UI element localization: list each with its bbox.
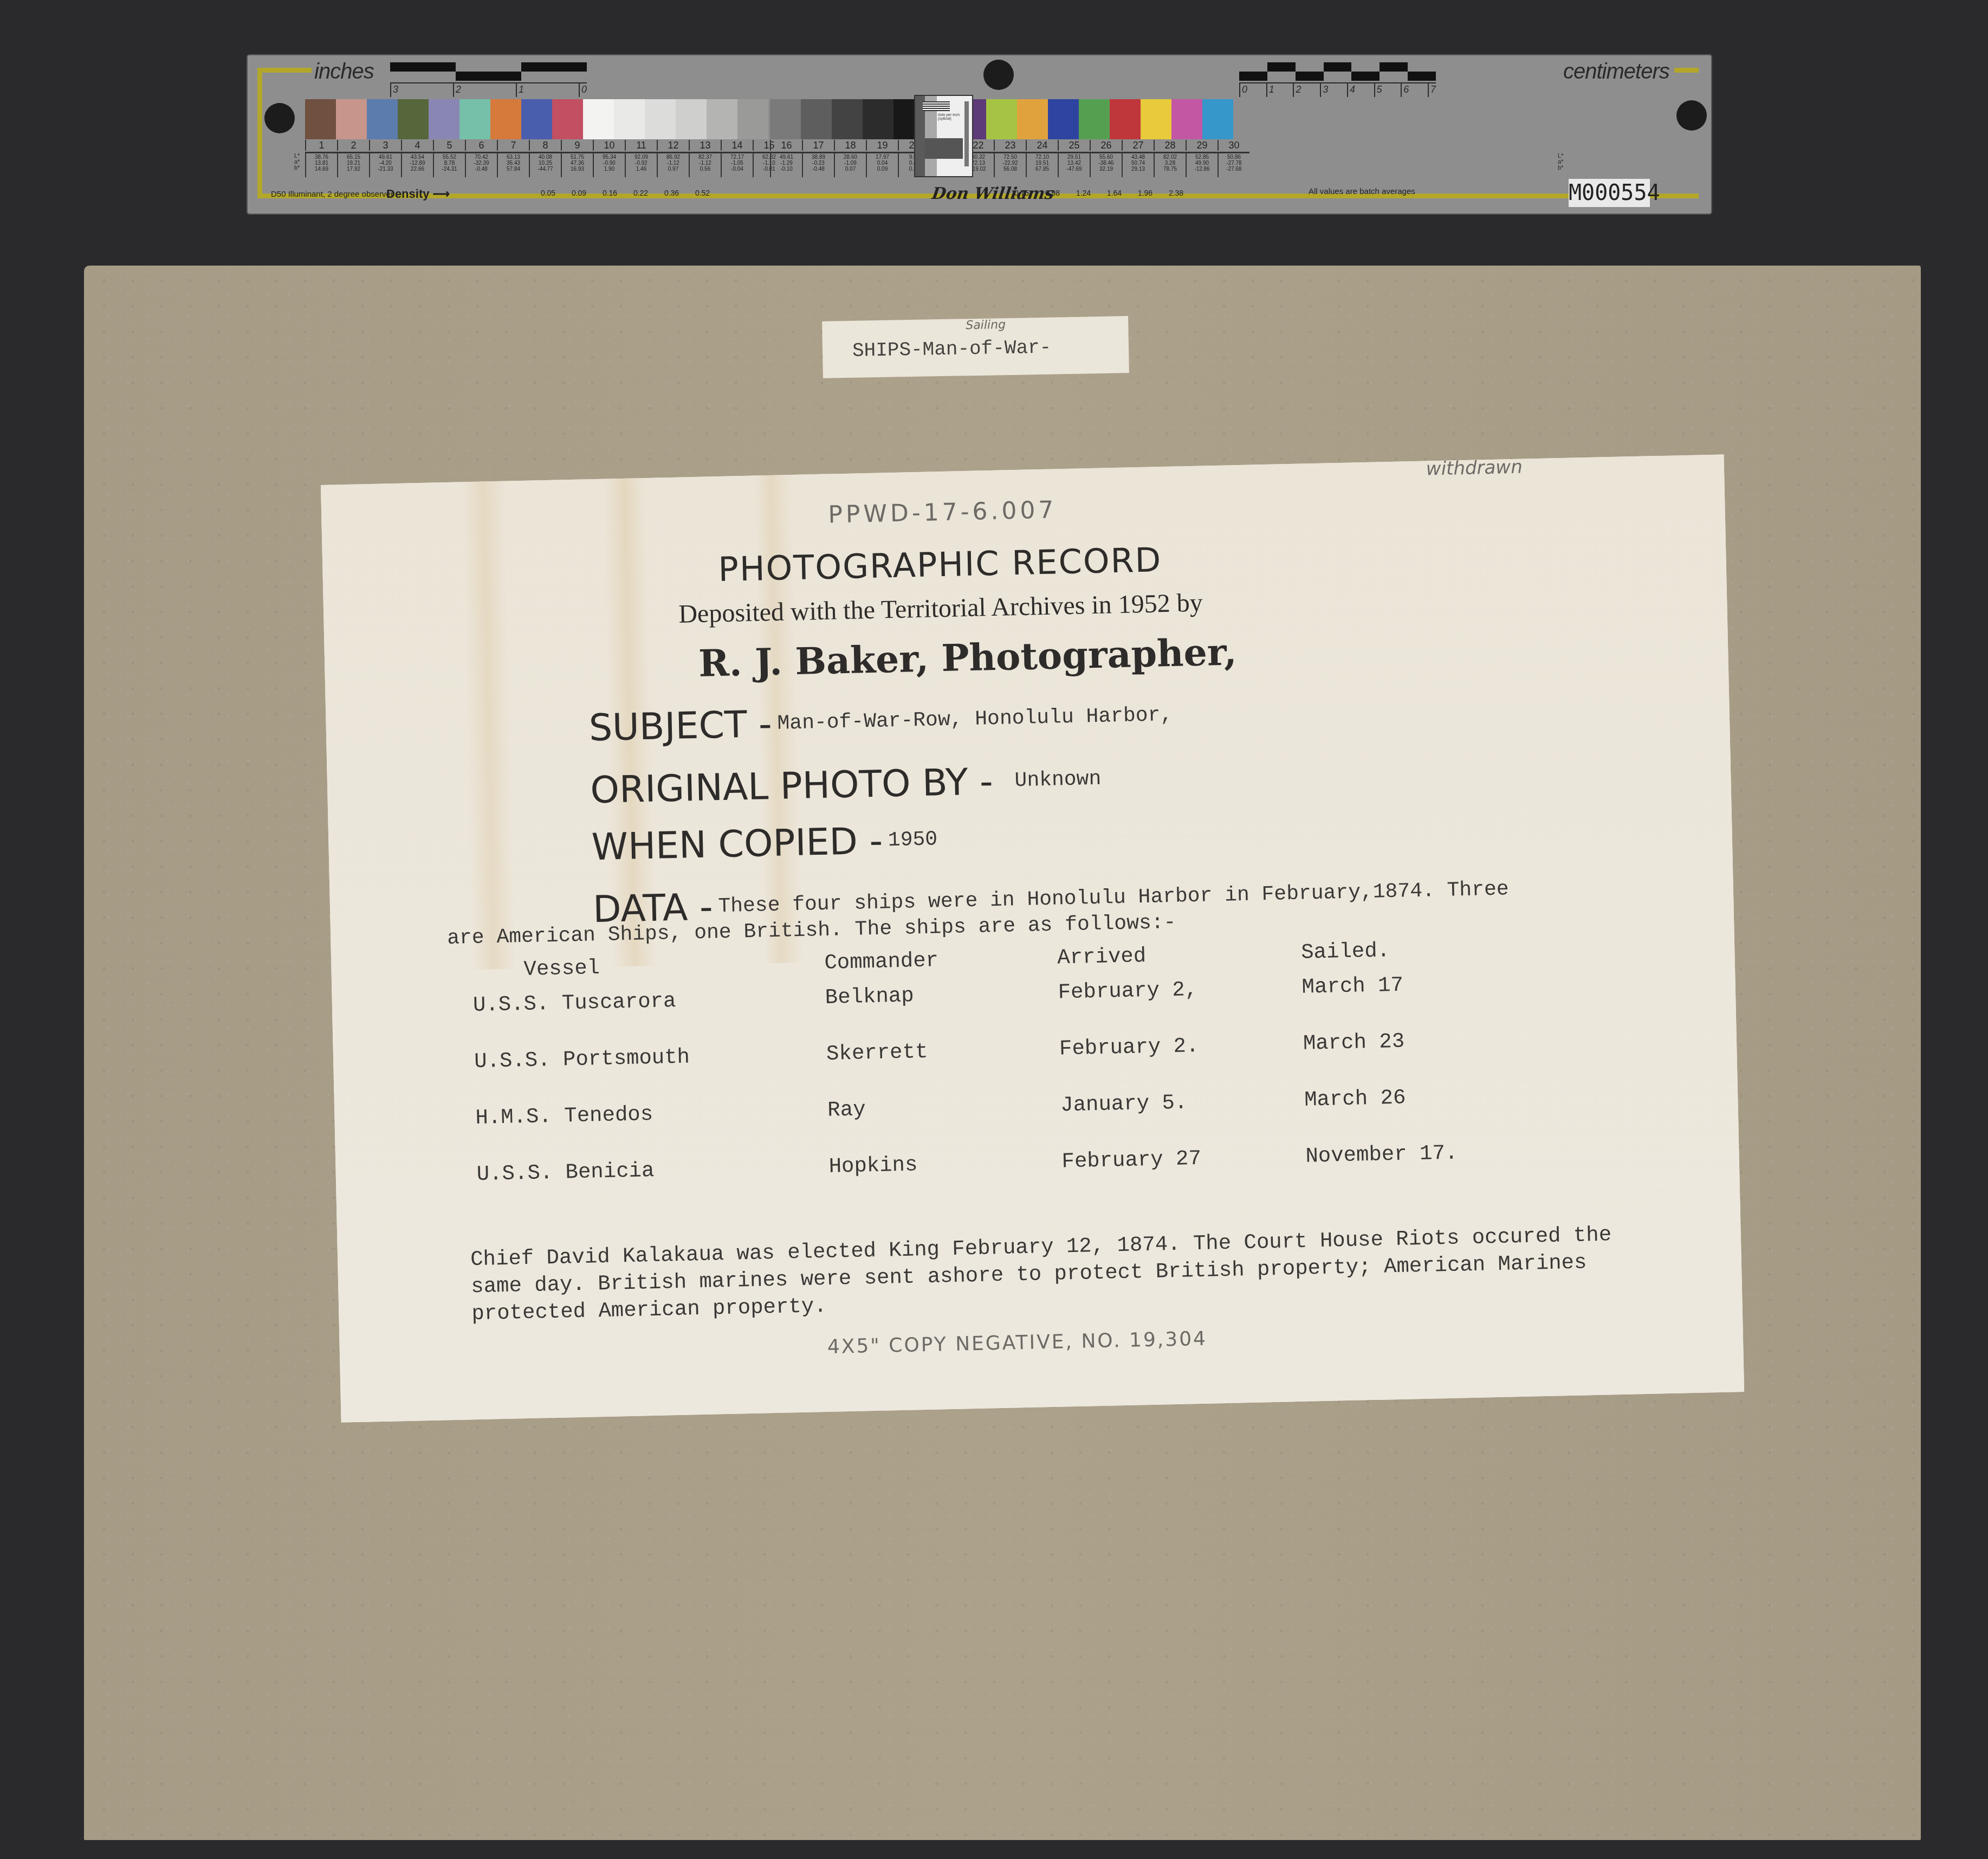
lab-values-left: 38.7613.8114.6965.1519.2117.9249.61-4.20… bbox=[305, 152, 785, 177]
patch-number: 9 bbox=[561, 140, 593, 151]
patch-lab-values: 72.50-22.9256.08 bbox=[994, 153, 1026, 177]
ruler-hole-icon bbox=[264, 103, 295, 133]
color-patch bbox=[645, 99, 676, 139]
table-cell: March 23 bbox=[1303, 1029, 1456, 1088]
density-values-right: 0.750.981.241.641.962.38 bbox=[1006, 189, 1191, 197]
color-patch bbox=[1110, 99, 1141, 139]
table-cell: Skerrett bbox=[826, 1037, 1060, 1099]
density-value: 0.22 bbox=[625, 189, 656, 197]
color-patch bbox=[676, 99, 707, 139]
original-photo-field: ORIGINAL PHOTO BY -Unknown bbox=[590, 758, 1102, 812]
patch-number: 7 bbox=[497, 140, 529, 151]
photographic-record-card: PPWD-17-6.007 withdrawn PHOTOGRAPHIC REC… bbox=[321, 454, 1744, 1422]
patch-lab-values: 72.1019.5167.85 bbox=[1026, 153, 1058, 177]
subject-heading: SHIPS-Man-of-War- bbox=[852, 337, 1052, 362]
table-cell: Ray bbox=[827, 1093, 1061, 1154]
color-patch bbox=[770, 99, 801, 139]
arrow-right-icon: ⟶ bbox=[433, 187, 450, 201]
inch-tick: 3 bbox=[390, 83, 453, 97]
color-patch bbox=[1141, 99, 1171, 139]
ruler-yellow-border bbox=[257, 68, 262, 198]
photographer-name: R. J. Baker, Photographer, bbox=[698, 630, 1237, 686]
subject-value: Man-of-War-Row, Honolulu Harbor, bbox=[777, 703, 1173, 735]
color-patch bbox=[552, 99, 583, 139]
patch-lab-values: 63.1335.4357.84 bbox=[497, 153, 529, 177]
cm-scale-bar bbox=[1239, 62, 1436, 81]
color-patch bbox=[583, 99, 614, 139]
cm-tick: 2 bbox=[1293, 83, 1320, 97]
patch-lab-values: 82.023.2878.75 bbox=[1154, 153, 1186, 177]
history-paragraph: Chief David Kalakaua was elected King Fe… bbox=[470, 1220, 1664, 1327]
inch-ticks: 3210 bbox=[390, 82, 587, 97]
cm-ticks: 01234567 bbox=[1239, 82, 1436, 97]
color-patch bbox=[707, 99, 737, 139]
patch-number: 28 bbox=[1154, 140, 1186, 151]
density-value: 0.98 bbox=[1037, 189, 1068, 197]
patch-lab-values: 38.7613.8114.69 bbox=[305, 153, 337, 177]
patch-number: 18 bbox=[834, 140, 866, 151]
density-label: Density ⟶ bbox=[386, 187, 450, 201]
cm-tick: 0 bbox=[1239, 83, 1266, 97]
patch-lab-values: 43.4850.7429.13 bbox=[1122, 153, 1154, 177]
density-value: 0.05 bbox=[533, 189, 564, 197]
color-target-ruler: inches centimeters 3210 01234567 1234567… bbox=[247, 54, 1712, 215]
color-patch bbox=[737, 99, 768, 139]
table-cell: January 5. bbox=[1060, 1088, 1305, 1150]
patch-lab-values: 51.7547.3616.93 bbox=[561, 153, 593, 177]
when-copied-value: 1950 bbox=[888, 828, 937, 852]
inch-tick: 2 bbox=[453, 83, 516, 97]
table-cell: March 17 bbox=[1301, 972, 1455, 1032]
patch-number: 6 bbox=[465, 140, 497, 151]
patch-lab-values: 40.0810.25-44.77 bbox=[529, 153, 561, 177]
density-value: 0.52 bbox=[687, 189, 718, 197]
color-patch bbox=[305, 99, 336, 139]
ruler-hole-icon bbox=[1676, 100, 1707, 131]
patch-lab-values: 86.92-1.120.97 bbox=[657, 153, 689, 177]
patch-number: 23 bbox=[994, 140, 1026, 151]
color-patches-left bbox=[305, 99, 768, 139]
lab-values-right: 49.61-1.29-0.1038.89-0.23-0.4828.60-1.09… bbox=[770, 152, 1249, 177]
patch-lab-values: 38.89-0.23-0.48 bbox=[802, 153, 834, 177]
color-patch bbox=[336, 99, 367, 139]
patch-lab-values: 55.60-38.4632.19 bbox=[1090, 153, 1122, 177]
patch-number: 19 bbox=[866, 140, 898, 151]
table-cell: U.S.S. Portsmouth bbox=[474, 1042, 827, 1106]
patch-lab-values: 82.37-1.120.56 bbox=[689, 153, 721, 177]
subject-field: SUBJECT -Man-of-War-Row, Honolulu Harbor… bbox=[588, 694, 1173, 750]
illuminant-note: D50 Illuminant, 2 degree observer bbox=[271, 190, 393, 199]
patch-number: 10 bbox=[593, 140, 625, 151]
lab-axis-label: L*a*b* bbox=[294, 153, 300, 171]
original-photo-value: Unknown bbox=[1014, 767, 1102, 792]
patch-lab-values: 49.61-1.29-0.10 bbox=[770, 153, 802, 177]
cm-tick: 5 bbox=[1374, 83, 1401, 97]
column-header: Arrived bbox=[1057, 941, 1301, 981]
color-patches-right bbox=[770, 99, 1233, 139]
ships-table: VesselCommanderArrivedSailed. U.S.S. Tus… bbox=[472, 938, 1459, 1219]
table-cell: Hopkins bbox=[828, 1150, 1063, 1211]
table-cell: H.M.S. Tenedos bbox=[475, 1099, 828, 1163]
table-cell: November 17. bbox=[1305, 1141, 1459, 1201]
color-patch bbox=[1171, 99, 1202, 139]
subject-label-strip: Sailing SHIPS-Man-of-War- bbox=[822, 316, 1129, 378]
patch-number: 17 bbox=[802, 140, 834, 151]
patch-number: 11 bbox=[625, 140, 657, 151]
table-cell: February 2, bbox=[1058, 976, 1303, 1037]
patch-number: 29 bbox=[1186, 140, 1218, 151]
patch-lab-values: 29.5113.42-47.69 bbox=[1058, 153, 1090, 177]
color-patch bbox=[398, 99, 429, 139]
patch-number: 5 bbox=[433, 140, 465, 151]
density-value: 1.24 bbox=[1068, 189, 1099, 197]
table-cell: Belknap bbox=[825, 981, 1059, 1042]
density-value: 0.36 bbox=[656, 189, 687, 197]
inches-label: inches bbox=[314, 60, 374, 84]
patch-number: 8 bbox=[529, 140, 561, 151]
color-patch bbox=[1048, 99, 1079, 139]
density-value: 1.96 bbox=[1130, 189, 1161, 197]
density-values-left: 0.050.090.160.220.360.52 bbox=[533, 189, 718, 197]
patch-number: 25 bbox=[1058, 140, 1090, 151]
patch-number: 26 bbox=[1090, 140, 1122, 151]
patch-number: 13 bbox=[689, 140, 721, 151]
table-cell: U.S.S. Benicia bbox=[476, 1155, 830, 1219]
handwritten-annotation: Sailing bbox=[966, 318, 1006, 332]
color-patch bbox=[521, 99, 552, 139]
color-patch bbox=[863, 99, 893, 139]
patch-lab-values: 95.34-0.901.90 bbox=[593, 153, 625, 177]
patch-lab-values: 70.42-32.39-0.48 bbox=[465, 153, 497, 177]
inch-scale-bar bbox=[390, 62, 587, 81]
table-cell: March 26 bbox=[1304, 1085, 1458, 1145]
patch-lab-values: 72.17-1.05-0.04 bbox=[721, 153, 753, 177]
density-value: 2.38 bbox=[1161, 189, 1191, 197]
patch-number: 1 bbox=[305, 140, 337, 151]
ruler-yellow-border bbox=[257, 68, 312, 73]
color-patch bbox=[1202, 99, 1233, 139]
cm-tick: 7 bbox=[1428, 83, 1436, 97]
patch-lab-values: 49.61-4.20-21.33 bbox=[369, 153, 401, 177]
centimeters-label: centimeters bbox=[1563, 60, 1669, 84]
patch-lab-values: 28.60-1.090.07 bbox=[834, 153, 866, 177]
patch-lab-values: 43.54-12.8922.66 bbox=[401, 153, 433, 177]
negative-note: 4X5" COPY NEGATIVE, NO. 19,304 bbox=[827, 1328, 1207, 1358]
resolution-target: dots per inch (optical) bbox=[914, 95, 973, 177]
ruler-hole-icon bbox=[983, 60, 1014, 90]
inch-tick: 0 bbox=[579, 83, 587, 97]
patch-number: 24 bbox=[1026, 140, 1058, 151]
color-patch bbox=[832, 99, 863, 139]
table-cell: U.S.S. Tuscarora bbox=[473, 986, 826, 1050]
color-patch bbox=[986, 99, 1017, 139]
patch-number: 14 bbox=[721, 140, 753, 151]
deposit-statement: Deposited with the Territorial Archives … bbox=[678, 588, 1203, 629]
cm-tick: 3 bbox=[1320, 83, 1347, 97]
patch-lab-values: 52.8549.90-12.86 bbox=[1186, 153, 1218, 177]
color-patch bbox=[459, 99, 490, 139]
subject-label: SUBJECT - bbox=[588, 703, 772, 750]
patch-number: 27 bbox=[1122, 140, 1154, 151]
patch-number: 3 bbox=[369, 140, 401, 151]
cm-tick: 4 bbox=[1347, 83, 1374, 97]
patch-number: 4 bbox=[401, 140, 433, 151]
patch-numbers-left: 123456789101112131415 bbox=[305, 140, 785, 151]
patch-lab-values: 55.528.78-24.31 bbox=[433, 153, 465, 177]
table-cell: February 2. bbox=[1059, 1032, 1304, 1094]
color-patch bbox=[429, 99, 459, 139]
patch-number: 30 bbox=[1218, 140, 1249, 151]
patch-number: 2 bbox=[337, 140, 369, 151]
inch-tick: 1 bbox=[516, 83, 579, 97]
density-value: 0.09 bbox=[564, 189, 594, 197]
color-patch bbox=[490, 99, 521, 139]
patch-number: 12 bbox=[657, 140, 689, 151]
cm-tick: 1 bbox=[1266, 83, 1293, 97]
record-title: PHOTOGRAPHIC RECORD bbox=[718, 540, 1162, 589]
resolution-target-label: dots per inch (optical) bbox=[938, 113, 972, 121]
color-patch bbox=[1079, 99, 1110, 139]
color-patch bbox=[614, 99, 645, 139]
ruler-yellow-border bbox=[1674, 68, 1699, 73]
density-value: 0.75 bbox=[1006, 189, 1037, 197]
table-cell: February 27 bbox=[1061, 1145, 1306, 1206]
color-patch bbox=[367, 99, 398, 139]
patch-lab-values: 65.1519.2117.92 bbox=[337, 153, 369, 177]
patch-numbers-right: 161718192021222324252627282930 bbox=[770, 140, 1249, 151]
column-header: Sailed. bbox=[1301, 938, 1454, 976]
color-patch bbox=[801, 99, 832, 139]
color-patch bbox=[1017, 99, 1048, 139]
density-value: 1.64 bbox=[1099, 189, 1130, 197]
patch-lab-values: 50.86-27.78-27.68 bbox=[1218, 153, 1249, 177]
patch-lab-values: 17.970.040.09 bbox=[866, 153, 898, 177]
batch-note: All values are batch averages bbox=[1309, 187, 1415, 196]
withdrawn-note: withdrawn bbox=[1426, 456, 1523, 480]
patch-lab-values: 92.09-0.921.46 bbox=[625, 153, 657, 177]
density-value: 0.16 bbox=[594, 189, 625, 197]
original-photo-label: ORIGINAL PHOTO BY - bbox=[590, 760, 994, 812]
catalog-number: PPWD-17-6.007 bbox=[828, 496, 1057, 528]
when-copied-field: WHEN COPIED -1950 bbox=[591, 818, 938, 869]
target-id-label: M000554 bbox=[1569, 179, 1650, 207]
patch-number: 16 bbox=[770, 140, 802, 151]
lab-axis-label: L*a*b* bbox=[1558, 153, 1563, 171]
column-header: Commander bbox=[824, 946, 1058, 986]
cm-tick: 6 bbox=[1401, 83, 1428, 97]
when-copied-label: WHEN COPIED - bbox=[591, 820, 883, 869]
